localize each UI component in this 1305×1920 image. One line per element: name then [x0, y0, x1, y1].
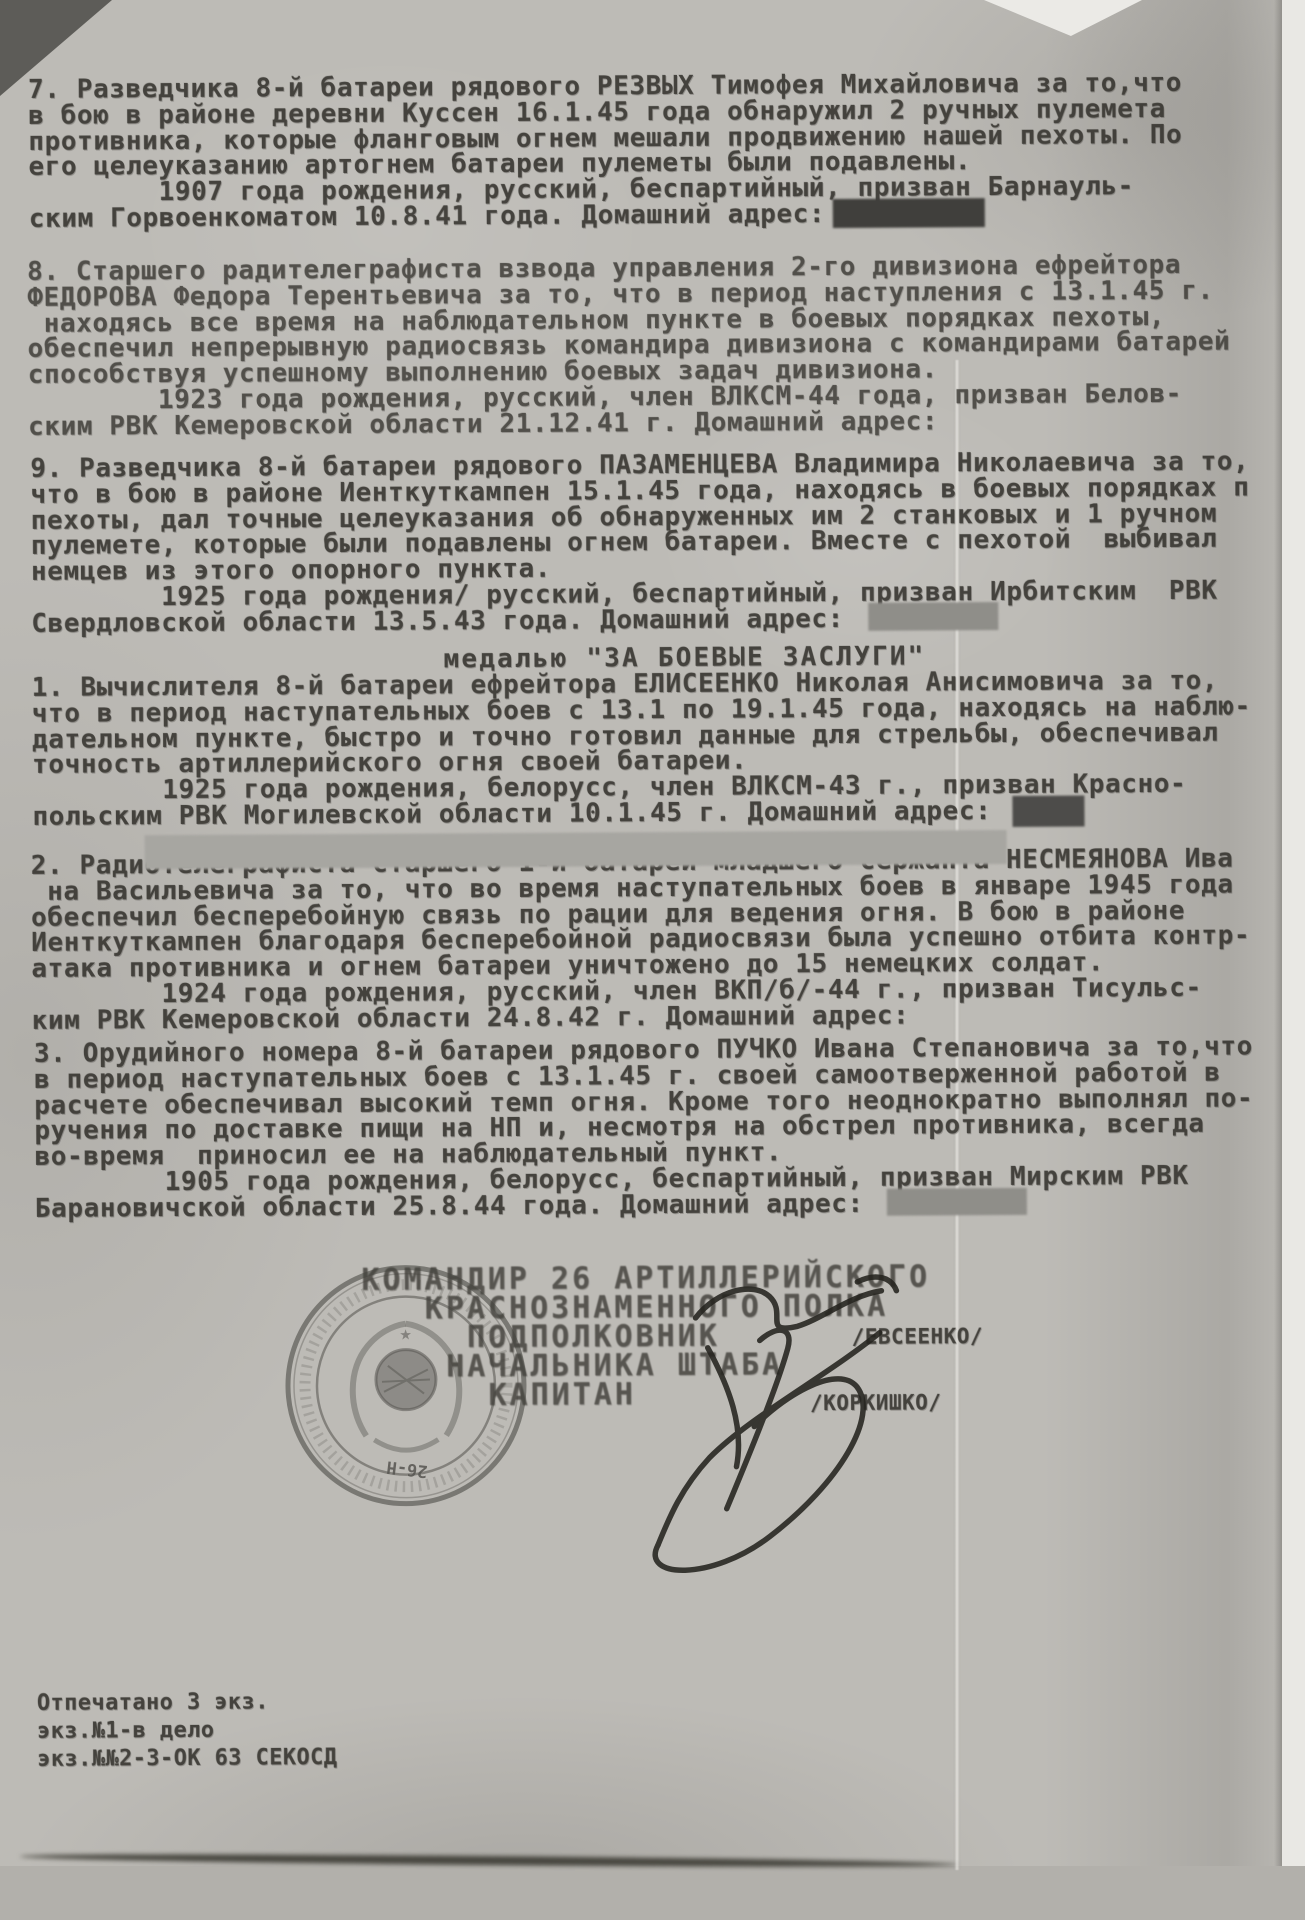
redaction-block	[1012, 796, 1084, 827]
award-entry-medal-2: 2. Радиотелеграфиста старшего 1-й батаре…	[31, 847, 1251, 1035]
signature-name-korkishko: /КОРКИШКО/	[810, 1390, 942, 1417]
print-count-note: Отпечатано 3 экз. экз.№1-в дело экз.№№2-…	[37, 1688, 338, 1774]
redaction-block	[833, 198, 985, 228]
award-entry-7: 7. Разведчика 8-й батареи рядового РЕЗВЫ…	[28, 71, 1183, 233]
commander-stamp-text: КОМАНДИР 26 АРТИЛЛЕРИЙСКОГО КРАСНОЗНАМЕН…	[319, 1262, 931, 1411]
document-page: 7. Разведчика 8-й батареи рядового РЕЗВЫ…	[0, 0, 1305, 1920]
award-entry-9: 9. Разведчика 8-й батареи рядового ПАЗАМ…	[30, 449, 1250, 637]
redaction-band	[145, 830, 1007, 869]
award-entry-medal-3: 3. Орудийного номера 8-й батареи рядовог…	[34, 1034, 1254, 1222]
award-entry-8: 8. Старшего радителеграфиста взвода упра…	[27, 253, 1231, 441]
redaction-block	[868, 602, 998, 631]
signature-name-evseenko: /ЕВСЕЕНКО/	[852, 1324, 984, 1351]
seal-number-label: 26-Н	[386, 1456, 429, 1481]
typed-text-layer: 7. Разведчика 8-й батареи рядового РЕЗВЫ…	[0, 0, 1305, 1920]
redaction-block	[887, 1188, 1027, 1216]
